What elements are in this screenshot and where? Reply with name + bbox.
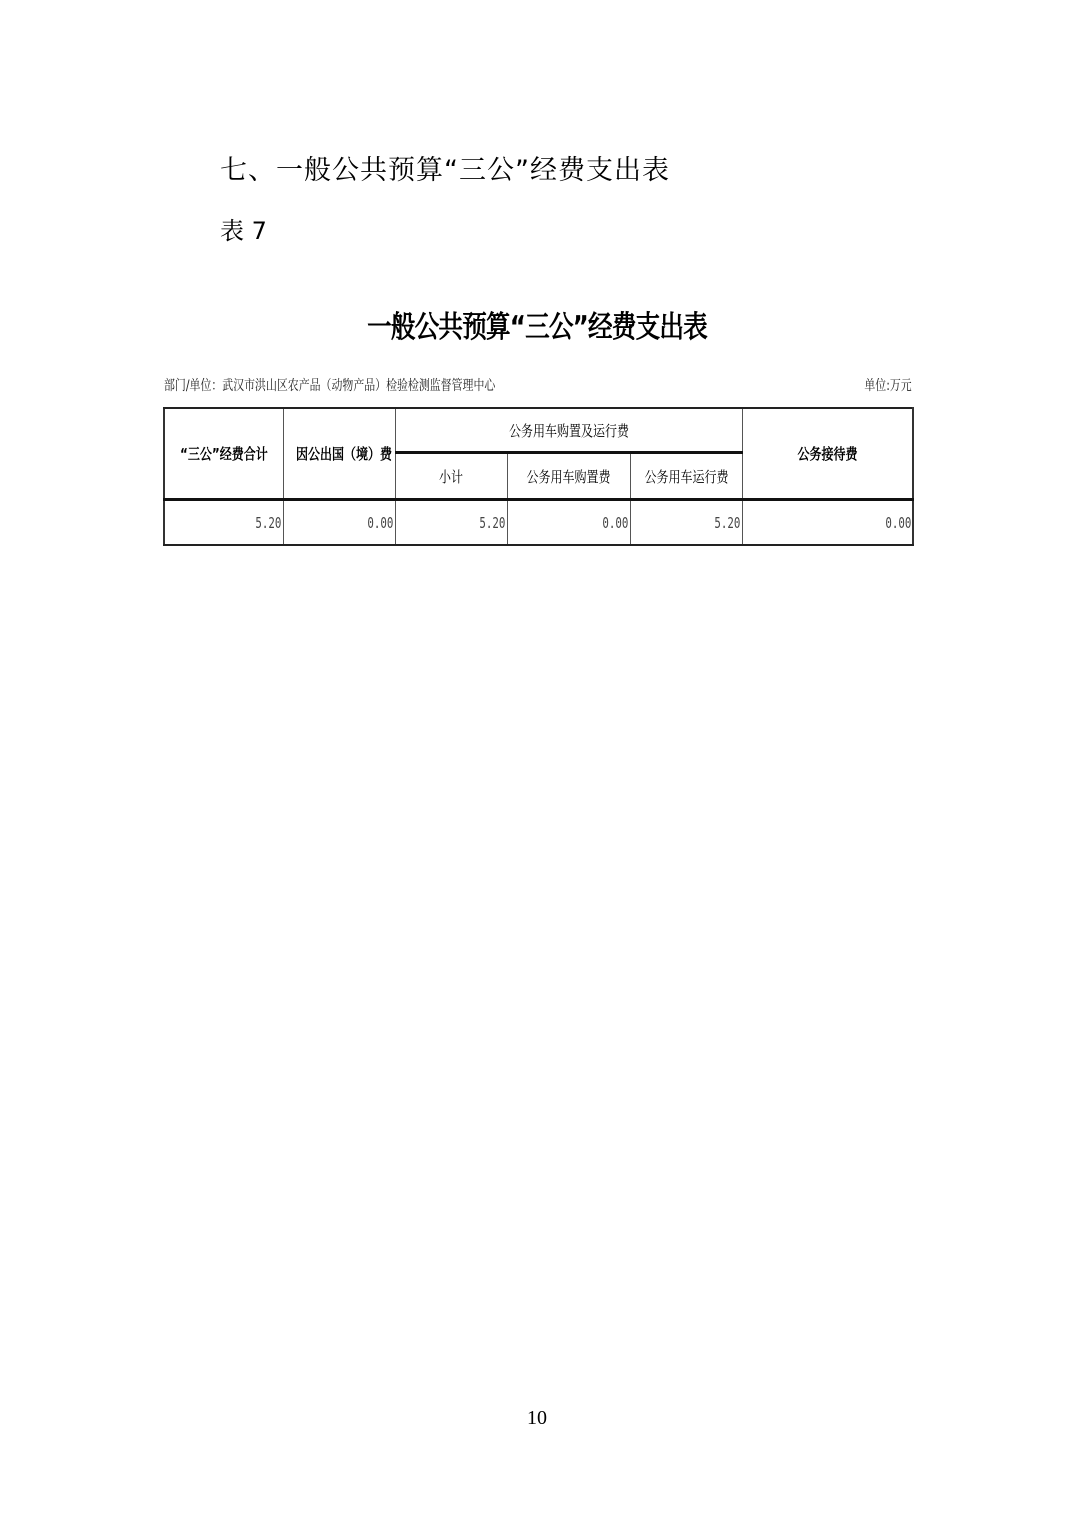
- header-vehicle-purchase: 公务用车购置费: [507, 453, 630, 500]
- department-label: 部门/单位：武汉市洪山区农产品（动物产品）检验检测监督管理中心: [164, 375, 495, 395]
- cell-vehicle-operation: 5.20: [630, 500, 742, 546]
- cell-vehicle-subtotal: 5.20: [395, 500, 507, 546]
- header-vehicle-operation: 公务用车运行费: [630, 453, 742, 500]
- section-heading: 七、一般公共预算“三公”经费支出表: [220, 148, 670, 187]
- page-number: 10: [0, 1407, 1074, 1430]
- header-overseas: 因公出国（境）费: [283, 408, 395, 500]
- table-label: 表 7: [220, 211, 267, 246]
- header-total: “三公”经费合计: [164, 408, 283, 500]
- header-reception: 公务接待费: [742, 408, 913, 500]
- header-vehicle-subtotal: 小计: [395, 453, 507, 500]
- cell-vehicle-purchase: 0.00: [507, 500, 630, 546]
- cell-overseas: 0.00: [283, 500, 395, 546]
- table-title: 一般公共预算“三公”经费支出表: [97, 302, 978, 346]
- table-row: 5.20 0.00 5.20 0.00 5.20 0.00: [164, 500, 913, 546]
- three-public-expenses-table: “三公”经费合计 因公出国（境）费 公务用车购置及运行费 公务接待费 小计 公务…: [163, 407, 914, 546]
- table-header-row: “三公”经费合计 因公出国（境）费 公务用车购置及运行费 公务接待费: [164, 408, 913, 453]
- header-vehicle-group: 公务用车购置及运行费: [395, 408, 742, 453]
- unit-label: 单位:万元: [865, 375, 912, 395]
- cell-total: 5.20: [164, 500, 283, 546]
- cell-reception: 0.00: [742, 500, 913, 546]
